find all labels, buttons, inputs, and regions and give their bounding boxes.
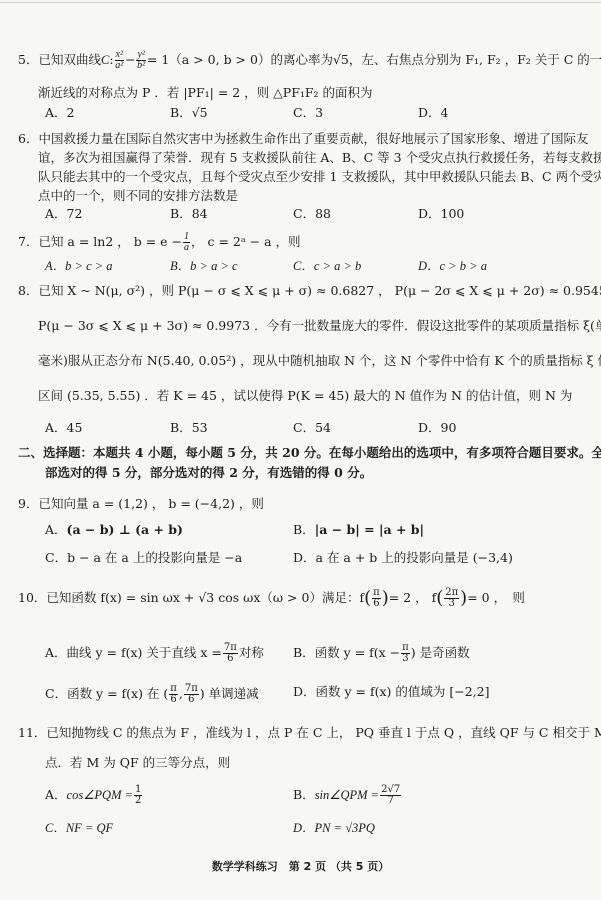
q5-option-b: B．√5 <box>170 105 208 121</box>
q9-option-c: C．b − a 在 a 上的投影向量是 −a <box>45 550 242 566</box>
q9-option-d: D．a 在 a + b 上的投影向量是 (−3,4) <box>293 550 513 566</box>
q6-option-c: C．88 <box>293 206 331 222</box>
q6-option-a: A．72 <box>45 206 82 222</box>
q11-stem-line1: 11．已知抛物线 C 的焦点为 F ，准线为 l ，点 P 在 C 上， PQ … <box>18 725 601 741</box>
q5-number: 5． <box>18 52 38 67</box>
q10-frac2: 2π3 <box>444 588 459 609</box>
q8-option-d: D．90 <box>418 420 456 436</box>
q9-option-a: A．(a − b) ⊥ (a + b) <box>45 522 183 538</box>
q8-option-a: A．45 <box>45 420 82 436</box>
q8-option-b: B．53 <box>170 420 208 436</box>
q8-stem-line2: P(μ − 3σ ⩽ X ⩽ μ + 3σ) ≈ 0.9973 ．今有一批数量庞… <box>38 318 601 334</box>
q5-option-d: D．4 <box>418 105 448 121</box>
q5-ecc: √5 <box>333 52 349 67</box>
q6-stem-line4: 点中的一个，则不同的安排方法数是 <box>38 188 238 204</box>
q10-frac1: π6 <box>372 588 381 609</box>
q7-option-d: D．c > b > a <box>418 258 487 274</box>
page-top-border <box>0 2 601 3</box>
page-footer: 数学学科练习 第 2 页 （共 5 页） <box>0 858 601 874</box>
q8-stem-line3: 毫米)服从正态分布 N(5.40, 0.05²) ，现从中随机抽取 N 个，这 … <box>38 353 601 369</box>
q6-option-b: B．84 <box>170 206 208 222</box>
q5-option-c: C．3 <box>293 105 323 121</box>
q9-option-b: B．|a − b| = |a + b| <box>293 522 424 538</box>
q10-option-b: B．函数 y = f(x −π3) 是奇函数 <box>293 643 470 664</box>
q8-option-c: C．54 <box>293 420 331 436</box>
q10-stem: 10．已知函数 f(x) = sin ωx + √3 cos ωx（ω > 0）… <box>18 588 525 609</box>
q6-option-d: D．100 <box>418 206 464 222</box>
q8-stem-line1: 8．已知 X ~ N(μ, σ²) ，则 P(μ − σ ⩽ X ⩽ μ + σ… <box>18 283 601 299</box>
q10-option-c: C．函数 y = f(x) 在 (π6,7π6) 单调递减 <box>45 684 259 705</box>
q9-stem: 9．已知向量 a = (1,2) ， b = (−4,2) ，则 <box>18 496 264 512</box>
q5-stem-line1: 5．已知双曲线C:x²a²−y²b²= 1（a > 0, b > 0）的离心率为… <box>18 50 601 71</box>
section2-heading-line2: 部选对的得 5 分，部分选对的得 2 分，有选错的得 0 分。 <box>45 465 372 481</box>
q10-option-d: D．函数 y = f(x) 的值域为 [−2,2] <box>293 684 489 700</box>
q5-text-mid: = 1（a > 0, b > 0）的离心率为 <box>147 52 333 67</box>
q8-stem-line4: 区间 (5.35, 5.55) ．若 K = 45 ，试以使得 P(K = 45… <box>38 388 572 404</box>
q6-stem-line1: 6．中国救援力量在国际自然灾害中为拯救生命作出了重要贡献，很好地展示了国家形象、… <box>18 131 588 147</box>
q7-stem: 7．已知 a = ln2 ， b = e −1a， c = 2ᵃ − a ，则 <box>18 232 301 253</box>
q5-frac-x: x²a² <box>115 50 124 71</box>
q5-curve: C <box>101 53 109 67</box>
q11-option-d: D．PN = √3PQ <box>293 820 375 836</box>
q11-option-a: A．cos∠PQM =12 <box>45 785 143 806</box>
q7-frac: 1a <box>183 232 190 253</box>
q5-frac-y: y²b² <box>136 50 145 71</box>
q7-option-a: A．b > c > a <box>45 258 113 274</box>
q5-stem-line2: 渐近线的对称点为 P ．若 |PF₁| = 2 ，则 △PF₁F₂ 的面积为 <box>38 85 373 101</box>
q11-option-b: B．sin∠QPM =2√77 <box>293 785 402 806</box>
q10-option-a: A．曲线 y = f(x) 关于直线 x =7π6对称 <box>45 643 264 664</box>
q11-stem-line2: 点．若 M 为 QF 的三等分点，则 <box>45 755 230 771</box>
q6-stem-line2: 谊，多次为祖国赢得了荣誉．现有 5 支救援队前往 A、B、C 等 3 个受灾点执… <box>38 150 601 166</box>
q6-stem-line3: 队只能去其中的一个受灾点，且每个受灾点至少安排 1 支救援队，其中甲救援队只能去… <box>38 169 601 185</box>
q7-option-b: B．b > a > c <box>170 258 238 274</box>
q5-option-a: A．2 <box>45 105 74 121</box>
q11-option-c: C．NF = QF <box>45 820 113 836</box>
q7-option-c: C．c > a > b <box>293 258 361 274</box>
q5-text: 已知双曲线 <box>38 52 101 67</box>
q5-text-end: ，左、右焦点分别为 F₁, F₂ ，F₂ 关于 C 的一条 <box>349 52 601 67</box>
section2-heading-line1: 二、选择题：本题共 4 小题，每小题 5 分，共 20 分。在每小题给出的选项中… <box>18 445 601 461</box>
